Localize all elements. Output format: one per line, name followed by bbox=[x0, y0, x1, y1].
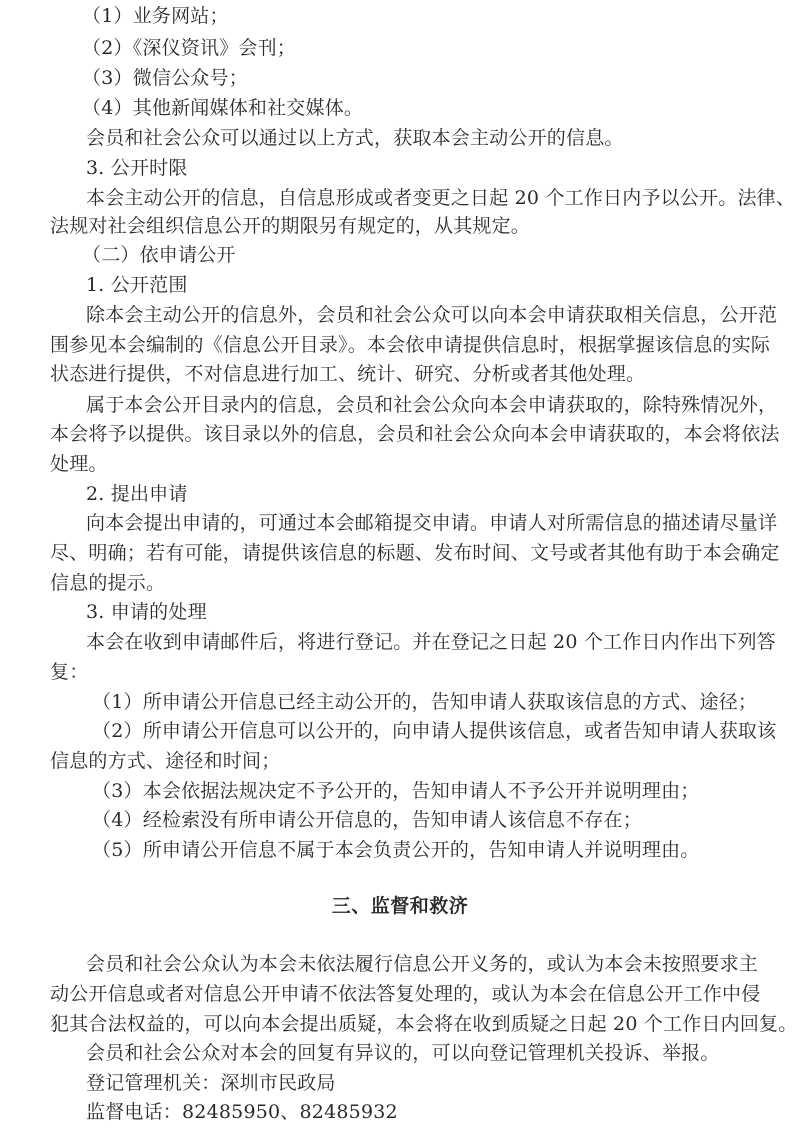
paragraph-access-methods: 会员和社会公众可以通过以上方式，获取本会主动公开的信息。 bbox=[86, 126, 624, 150]
reply-item-2-line-1: （2）所申请公开信息可以公开的，向申请人提供该信息，或者告知申请人获取该 bbox=[92, 719, 776, 743]
subheading-request-handling: 3. 申请的处理 bbox=[86, 600, 207, 624]
paragraph-remedy-line-3: 犯其合法权益的，可以向本会提出质疑，本会将在收到质疑之日起 20 个工作日内回复… bbox=[50, 1012, 797, 1036]
list-item-wechat: （3）微信公众号； bbox=[82, 66, 248, 90]
paragraph-scope-line-2: 围参见本会编制的《信息公开目录》。本会依申请提供信息时，根据掌握该信息的实际 bbox=[50, 333, 770, 357]
paragraph-catalog-line-2: 本会将予以提供。该目录以外的信息，会员和社会公众向本会申请获取的，本会将依法 bbox=[50, 422, 780, 446]
reply-item-4: （4）经检索没有所申请公开信息的，告知申请人该信息不存在； bbox=[92, 808, 642, 832]
paragraph-handling-line-1: 本会在收到申请邮件后，将进行登记。并在登记之日起 20 个工作日内作出下列答 bbox=[86, 630, 776, 654]
paragraph-submit-line-1: 向本会提出申请的，可通过本会邮箱提交申请。申请人对所需信息的描述请尽量详 bbox=[86, 511, 777, 535]
paragraph-submit-line-2: 尽、明确；若有可能，请提供该信息的标题、发布时间、文号或者其他有助于本会确定 bbox=[50, 541, 780, 565]
reply-item-2-line-2: 信息的方式、途径和时间； bbox=[50, 749, 280, 773]
reply-item-1: （1）所申请公开信息已经主动公开的，告知申请人获取该信息的方式、途径； bbox=[92, 690, 757, 714]
paragraph-scope-line-3: 状态进行提供，不对信息进行加工、统计、研究、分析或者其他处理。 bbox=[50, 362, 645, 386]
subheading-disclosure-time-limit: 3. 公开时限 bbox=[86, 156, 188, 180]
paragraph-handling-line-2: 复： bbox=[50, 660, 88, 684]
paragraph-complaint: 会员和社会公众对本会的回复有异议的，可以向登记管理机关投诉、举报。 bbox=[86, 1041, 720, 1065]
paragraph-catalog-line-1: 属于本会公开目录内的信息，会员和社会公众向本会申请获取的，除特殊情况外， bbox=[86, 393, 777, 417]
list-item-business-website: （1）业务网站； bbox=[82, 4, 229, 28]
paragraph-time-limit-line-1: 本会主动公开的信息，自信息形成或者变更之日起 20 个工作日内予以公开。法律、 bbox=[86, 186, 795, 210]
list-item-newsletter: （2）《深仪资讯》会刊； bbox=[82, 36, 296, 60]
paragraph-submit-line-3: 信息的提示。 bbox=[50, 571, 165, 595]
paragraph-catalog-line-3: 处理。 bbox=[50, 452, 108, 476]
supervision-phone: 监督电话：82485950、82485932 bbox=[86, 1100, 398, 1124]
registration-authority: 登记管理机关：深圳市民政局 bbox=[86, 1071, 336, 1095]
subheading-submit-request: 2. 提出申请 bbox=[86, 482, 188, 506]
subheading-disclosure-scope: 1. 公开范围 bbox=[86, 273, 188, 297]
paragraph-time-limit-line-2: 法规对社会组织信息公开的期限另有规定的，从其规定。 bbox=[50, 214, 530, 238]
subheading-disclosure-on-request: （二）依申请公开 bbox=[82, 243, 236, 267]
reply-item-3: （3）本会依据法规决定不予公开的，告知申请人不予公开并说明理由； bbox=[92, 779, 700, 803]
section-heading-supervision-remedy: 三、监督和救济 bbox=[0, 894, 800, 918]
list-item-other-media: （4）其他新闻媒体和社交媒体。 bbox=[82, 96, 363, 120]
reply-item-5: （5）所申请公开信息不属于本会负责公开的，告知申请人并说明理由。 bbox=[92, 838, 700, 862]
paragraph-remedy-line-2: 动公开信息或者对信息公开申请不依法答复处理的，或认为本会在信息公开工作中侵 bbox=[50, 982, 760, 1006]
document-page: （1）业务网站； （2）《深仪资讯》会刊； （3）微信公众号； （4）其他新闻媒… bbox=[0, 0, 800, 1126]
paragraph-remedy-line-1: 会员和社会公众认为本会未依法履行信息公开义务的，或认为本会未按照要求主 bbox=[86, 952, 758, 976]
paragraph-scope-line-1: 除本会主动公开的信息外，会员和社会公众可以向本会申请获取相关信息，公开范 bbox=[86, 303, 777, 327]
